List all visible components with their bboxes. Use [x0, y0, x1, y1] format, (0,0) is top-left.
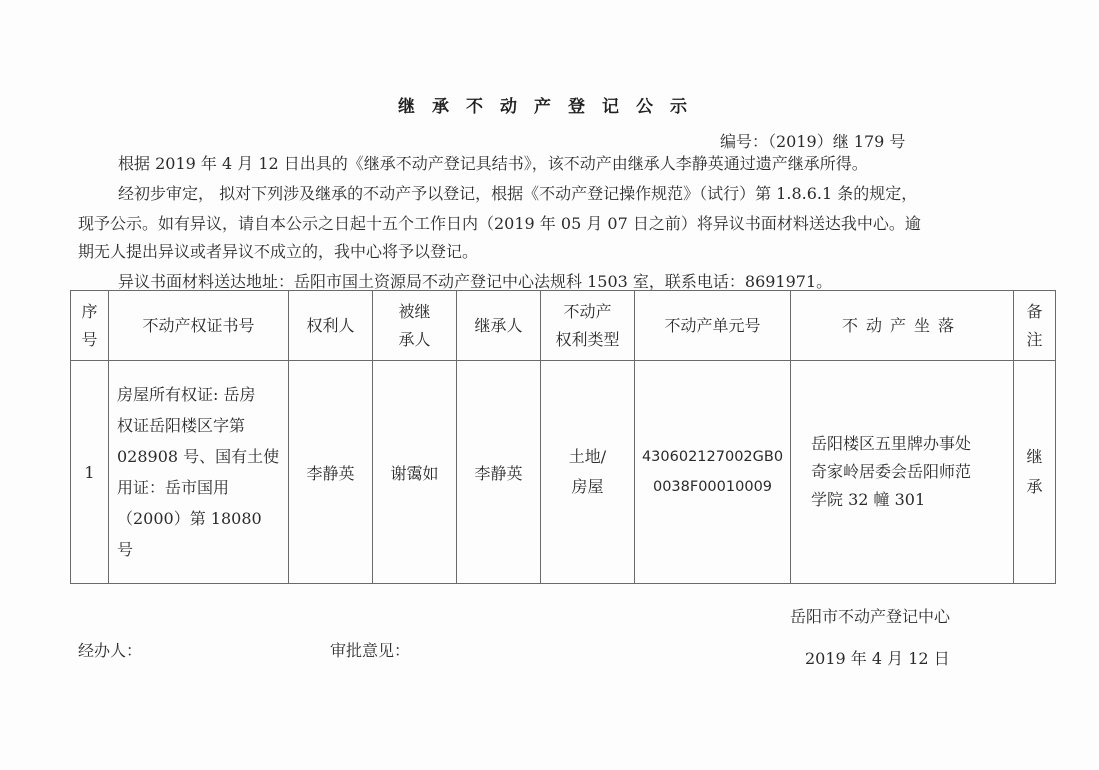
cell-note: 继 承 [1014, 361, 1056, 584]
approval-label: 审批意见： [330, 638, 410, 661]
header-seq: 序 号 [71, 291, 109, 361]
handler-label: 经办人： [78, 638, 142, 661]
document-number: 编号：（2019）继 179 号 [720, 129, 905, 152]
cell-seq: 1 [71, 361, 109, 584]
paragraph-review-line-1: 经初步审定， 拟对下列涉及继承的不动产予以登记，根据《不动产登记操作规范》（试行… [78, 182, 917, 206]
table-row: 1 房屋所有权证: 岳房 权证岳阳楼区字第 028908 号、国有土使 用证：岳… [71, 361, 1056, 584]
cell-location: 岳阳楼区五里牌办事处 奇家岭居委会岳阳师范 学院 32 幢 301 [791, 361, 1014, 584]
registration-table: 序 号 不动产权证书号 权利人 被继 承人 继承人 不动产 权利类型 不动产单元… [70, 290, 1056, 584]
cell-right-holder: 李静英 [289, 361, 373, 584]
header-right-type: 不动产 权利类型 [541, 291, 635, 361]
document-title: 继承不动产登记公示 [398, 92, 704, 117]
issuing-organization: 岳阳市不动产登记中心 [790, 604, 950, 627]
header-location: 不动产坐落 [791, 291, 1014, 361]
cell-certificate-number: 房屋所有权证: 岳房 权证岳阳楼区字第 028908 号、国有土使 用证：岳市国… [109, 361, 289, 584]
header-certificate-number: 不动产权证书号 [109, 291, 289, 361]
document-page: 继承不动产登记公示 编号：（2019）继 179 号 根据 2019 年 4 月… [0, 0, 1099, 770]
header-unit-number: 不动产单元号 [635, 291, 791, 361]
cell-unit-number: 430602127002GB0 0038F00010009 [635, 361, 791, 584]
cell-heir: 李静英 [457, 361, 541, 584]
paragraph-basis: 根据 2019 年 4 月 12 日出具的《继承不动产登记具结书》，该不动产由继… [78, 152, 868, 176]
paragraph-review-line-2: 现予公示。如有异议，请自本公示之日起十五个工作日内（2019 年 05 月 07… [78, 212, 921, 236]
header-note: 备 注 [1014, 291, 1056, 361]
cell-decedent: 谢霭如 [373, 361, 457, 584]
issue-date: 2019 年 4 月 12 日 [805, 646, 950, 669]
table-header-row: 序 号 不动产权证书号 权利人 被继 承人 继承人 不动产 权利类型 不动产单元… [71, 291, 1056, 361]
header-right-holder: 权利人 [289, 291, 373, 361]
header-decedent: 被继 承人 [373, 291, 457, 361]
cell-right-type: 土地/ 房屋 [541, 361, 635, 584]
header-heir: 继承人 [457, 291, 541, 361]
paragraph-review-line-3: 期无人提出异议或者异议不成立的，我中心将予以登记。 [78, 240, 478, 264]
